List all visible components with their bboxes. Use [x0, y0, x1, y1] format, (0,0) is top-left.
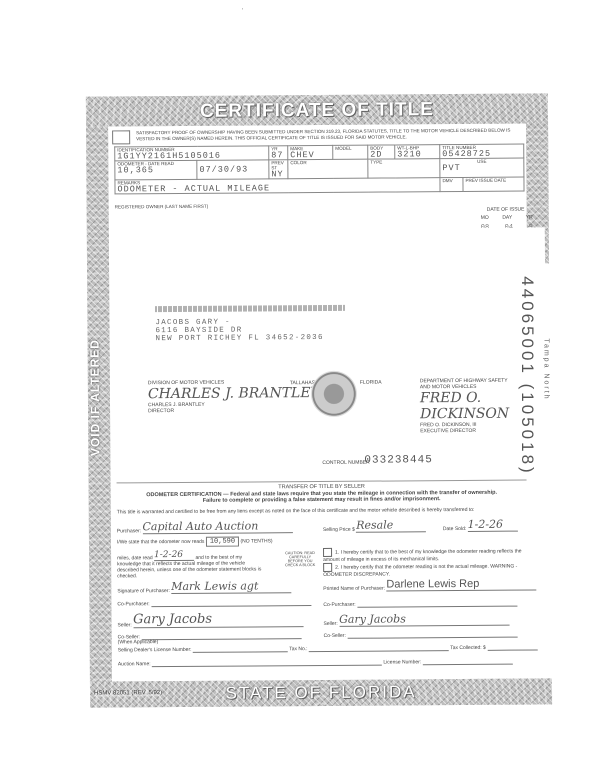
small-seal-icon: [112, 130, 130, 144]
seller-line-right: Seller: Gary Jacobs: [323, 612, 509, 627]
date-sold-value[interactable]: 1-2-26: [468, 518, 518, 532]
check1-text: 1. I hereby certify that to the best of …: [323, 548, 521, 563]
checkbox-1[interactable]: [323, 548, 332, 557]
certificate-title: CERTIFICATE OF TITLE: [86, 98, 548, 123]
control-number-label: CONTROL NUMBER: [322, 460, 369, 466]
sig-purchaser-label: Signature of Purchaser:: [117, 588, 170, 594]
odometer-reading-value[interactable]: 10,590: [206, 537, 239, 547]
tax-no-field[interactable]: [309, 644, 449, 652]
odometer-certification: ODOMETER CERTIFICATION — Federal and sta…: [137, 490, 507, 505]
department-label: DEPARTMENT OF HIGHWAY SAFETY AND MOTOR V…: [420, 378, 512, 391]
dealer-license-line: Selling Dealer's License Number: Tax No.…: [118, 643, 538, 653]
no-tenths-label: (NO TENTHS): [240, 538, 272, 544]
title-number-value: 05428725: [442, 150, 521, 159]
co-seller-field-left[interactable]: [141, 632, 301, 640]
executive-title: EXECUTIVE DIRECTOR: [420, 428, 512, 435]
tax-collected-field[interactable]: [487, 643, 537, 650]
day-label: DAY: [502, 215, 512, 221]
registration-stamp: 44065001 (105018) Tampa North: [512, 250, 544, 520]
co-seller-field-right[interactable]: [347, 631, 517, 639]
dmv-label: DMV: [442, 178, 460, 183]
price-label: Selling Price $: [323, 527, 355, 533]
top-guilloche-band: CERTIFICATE OF TITLE: [86, 93, 548, 126]
seller-label-left: Seller:: [118, 622, 132, 628]
seller-printed[interactable]: Gary Jacobs: [339, 612, 509, 627]
owner-address: JACOBS GARY -6116 BAYSIDE DRNEW PORT RIC…: [155, 318, 323, 343]
state-label: FLORIDA: [360, 380, 382, 386]
color-label: COLOR: [290, 160, 365, 166]
date-read-value: 07/30/93: [199, 165, 266, 173]
seller-line-left: Seller: Gary Jacobs: [117, 611, 303, 628]
printed-purchaser-value[interactable]: Darlene Lewis Rep: [386, 577, 536, 591]
scan-mark: ': [242, 8, 243, 15]
control-number-value: 033238445: [364, 454, 433, 466]
warranty-text: This title is warranted and certified to…: [117, 507, 527, 516]
seller-signature[interactable]: Gary Jacobs: [133, 611, 303, 628]
tax-no-label: Tax No.:: [289, 646, 307, 652]
bottom-guilloche-band: HSMV 82051 (REV. 5/92) STATE OF FLORIDA: [90, 678, 552, 707]
state-of-florida-title: STATE OF FLORIDA: [90, 681, 552, 704]
purchaser-signature-line: Signature of Purchaser: Mark Lewis agt: [117, 579, 291, 594]
co-seller-label-right: Co-Seller:: [324, 633, 346, 639]
price-value[interactable]: Resale: [356, 518, 426, 532]
vehicle-info-table: IDENTIFICATION NUMBER1G1YY2161H5105016 Y…: [114, 144, 524, 195]
date-sold-line: Date Sold: 1-2-26: [443, 518, 518, 533]
yr-value: 87: [271, 151, 285, 159]
body-value: 2D: [370, 150, 392, 158]
date-of-issue-label: DATE OF ISSUE: [481, 207, 531, 213]
transfer-section: TRANSFER OF TITLE BY SELLER ODOMETER CER…: [117, 480, 527, 506]
co-purchaser-field-left[interactable]: [151, 599, 311, 607]
florida-state-seal-icon: [311, 371, 357, 417]
purchaser-signature[interactable]: Mark Lewis agt: [171, 579, 291, 594]
odometer-reading-line: I/We state that the odometer now reads 1…: [117, 537, 273, 546]
co-purchaser-line-right: Co-Purchaser:: [323, 600, 517, 608]
use-value: PVT: [442, 164, 521, 173]
printed-purchaser-label: Printed Name of Purchaser:: [323, 586, 385, 592]
type-label: TYPE: [370, 159, 437, 164]
dealer-license-label: Selling Dealer's License Number:: [118, 647, 192, 654]
price-line: Selling Price $ Resale: [323, 518, 426, 533]
date-sold-label: Date Sold:: [443, 526, 466, 532]
auction-label: Auction Name:: [118, 661, 151, 667]
purchaser-line: Purchaser: Capital Auto Auction: [117, 519, 293, 534]
prev-issue-label: PREV ISSUE DATE: [465, 178, 521, 183]
co-purchaser-label-right: Co-Purchaser:: [323, 602, 355, 608]
stamp-location: Tampa North: [543, 270, 550, 470]
seller-label-right: Seller:: [324, 621, 338, 627]
executive-signature: Fred O. Dickinson: [420, 390, 512, 423]
odo-date-value[interactable]: 1-2-26: [154, 550, 194, 561]
director-title: DIRECTOR: [148, 407, 320, 414]
odometer-value: 10,365: [117, 166, 194, 175]
date-of-issue-headers: MO DAY YR: [481, 215, 533, 221]
caution-text: CAUTION: READ CAREFULLY BEFORE YOU CHECK…: [283, 551, 317, 567]
odo-state-label: I/We state that the odometer now reads: [117, 539, 205, 546]
model-label: MODEL: [335, 146, 365, 151]
license-number-field[interactable]: [423, 658, 513, 666]
dealer-license-field[interactable]: [193, 645, 288, 653]
remarks-value: ODOMETER - ACTUAL MILEAGE: [117, 183, 437, 193]
yr-label: YR: [526, 215, 533, 221]
left-guilloche-band: VOID IF ALTERED: [86, 126, 112, 681]
executive-block: DEPARTMENT OF HIGHWAY SAFETY AND MOTOR V…: [420, 378, 512, 435]
prev-st-value: NY: [271, 170, 285, 178]
tax-collected-label: Tax Collected: $: [450, 645, 486, 651]
director-signature: Charles J. Brantley: [148, 385, 320, 402]
check-block-2: 2. I hereby certify that the odometer re…: [323, 562, 523, 578]
purchaser-label: Purchaser:: [117, 528, 141, 534]
stamp-number: 44065001 (105018): [517, 241, 537, 511]
certificate-of-title: CERTIFICATE OF TITLE VOID IF ALTERED HSM…: [86, 93, 552, 711]
printed-purchaser-line: Printed Name of Purchaser: Darlene Lewis…: [323, 577, 536, 591]
wt-value: 3210: [397, 150, 437, 158]
auction-field[interactable]: [152, 659, 382, 668]
mo-label: MO: [481, 215, 489, 221]
checkbox-2[interactable]: [323, 563, 332, 572]
co-purchaser-label-left: Co-Purchaser:: [117, 601, 149, 607]
registered-owner-label: REGISTERED OWNER (LAST NAME FIRST): [115, 204, 209, 210]
auction-line: Auction Name: License Number:: [118, 658, 513, 668]
when-applicable-label: (When Applicable): [118, 639, 159, 645]
void-if-altered-text: VOID IF ALTERED: [87, 300, 110, 494]
purchaser-value[interactable]: Capital Auto Auction: [142, 519, 292, 534]
co-purchaser-line-left: Co-Purchaser:: [117, 599, 311, 607]
co-seller-line-right: Co-Seller:: [324, 631, 518, 639]
owner-city-state-zip: NEW PORT RICHEY FL 34652-2036: [156, 334, 324, 343]
check2-text: 2. I hereby certify that the odometer re…: [323, 563, 517, 578]
odometer-date-block: miles, date read 1-2-26 and to the best …: [117, 549, 267, 579]
co-purchaser-field-right[interactable]: [357, 600, 517, 608]
check-block-1: 1. I hereby certify that to the best of …: [323, 547, 523, 563]
make-value: CHEV: [290, 151, 330, 159]
ownership-statement: SATISFACTORY PROOF OF OWNERSHIP HAVING B…: [136, 128, 526, 143]
license-number-label: License Number:: [383, 659, 421, 665]
